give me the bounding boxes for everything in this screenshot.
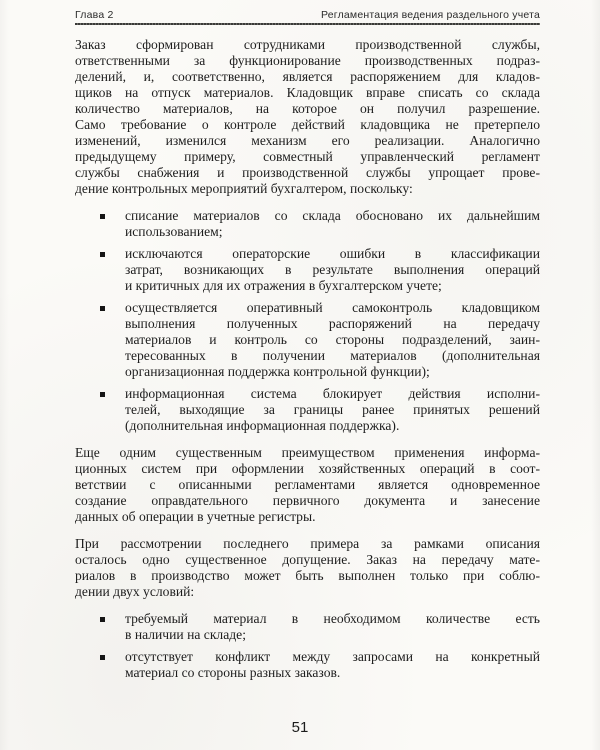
bullet-text: списание материалов со склада обосновано… [125,208,540,240]
square-bullet-icon [100,214,105,219]
square-bullet-icon [100,306,105,311]
bullet-text: требуемый материал в необходимом количес… [125,611,540,643]
paragraph-3: При рассмотрении последнего примера за р… [75,536,540,600]
square-bullet-icon [100,392,105,397]
bullet-text: отсутствует конфликт между запросами на … [125,649,540,681]
bullet-item: осуществляется оперативный самоконтроль … [100,300,540,380]
square-bullet-icon [100,655,105,660]
book-page-scan: Глава 2 Регламентация ведения раздельног… [0,0,600,750]
page-number: 51 [292,719,309,736]
bullet-item: исключаются операторские ошибки в класси… [100,246,540,294]
bullet-text: исключаются операторские ошибки в класси… [125,246,540,294]
bullet-list-2: требуемый материал в необходимом количес… [75,611,540,681]
bullet-item: требуемый материал в необходимом количес… [100,611,540,643]
running-head-chapter: Глава 2 [75,9,114,21]
running-head: Глава 2 Регламентация ведения раздельног… [75,9,540,21]
header-rule [75,23,540,25]
bullet-list-1: списание материалов со склада обосновано… [75,208,540,434]
page-footer: 51 [0,719,600,736]
bullet-item: информационная система блокирует действи… [100,386,540,434]
bullet-text: осуществляется оперативный самоконтроль … [125,300,540,380]
page-body: Заказ сформирован сотрудниками производс… [75,37,540,692]
bullet-item: отсутствует конфликт между запросами на … [100,649,540,681]
paragraph-2: Еще одним существенным преимуществом при… [75,445,540,525]
running-head-title: Регламентация ведения раздельного учета [321,9,540,21]
bullet-text: информационная система блокирует действи… [125,386,540,434]
paragraph-1: Заказ сформирован сотрудниками производс… [75,37,540,197]
square-bullet-icon [100,617,105,622]
bullet-item: списание материалов со склада обосновано… [100,208,540,240]
square-bullet-icon [100,252,105,257]
